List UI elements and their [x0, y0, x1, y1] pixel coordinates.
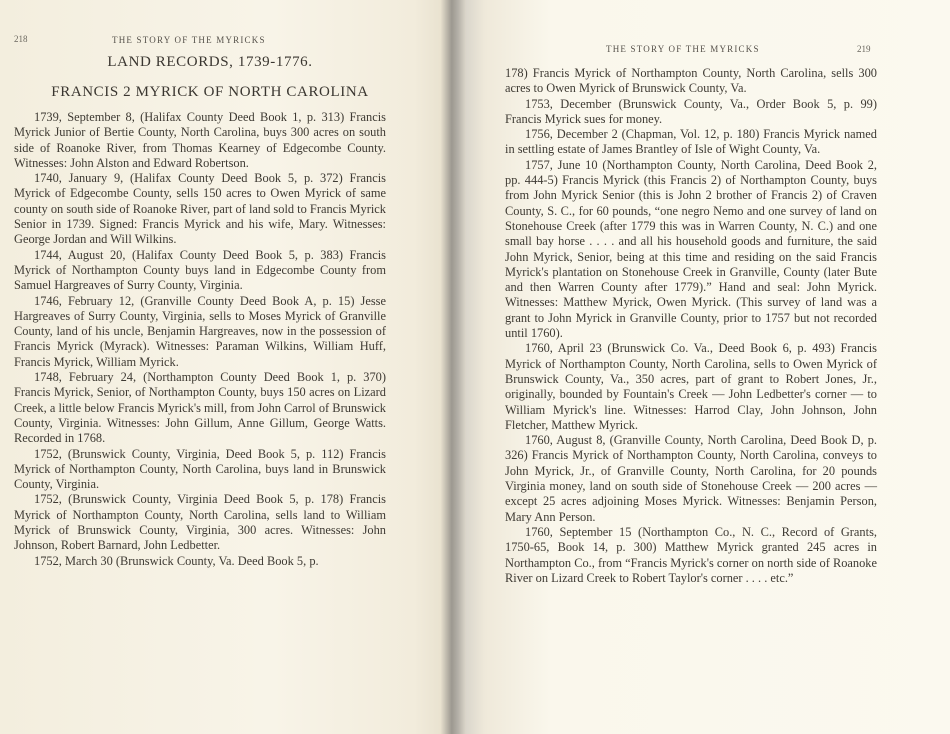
record-paragraph: 1753, December (Brunswick County, Va., O… — [505, 97, 877, 128]
section-title: LAND RECORDS, 1739-1776. — [0, 54, 420, 71]
record-paragraph: 1748, February 24, (Northampton County D… — [14, 370, 386, 446]
continued-paragraph: 178) Francis Myrick of Northampton Count… — [505, 66, 877, 97]
left-running-head: THE STORY OF THE MYRICKS — [112, 35, 266, 45]
record-paragraph: 1752, (Brunswick County, Virginia Deed B… — [14, 492, 386, 553]
record-paragraph: 1746, February 12, (Granville County Dee… — [14, 294, 386, 370]
right-page-number: 219 — [857, 44, 871, 54]
right-running-head: THE STORY OF THE MYRICKS — [606, 44, 760, 54]
record-paragraph: 1760, September 15 (Northampton Co., N. … — [505, 525, 877, 586]
record-paragraph: 1760, August 8, (Granville County, North… — [505, 433, 877, 525]
record-paragraph: 1760, April 23 (Brunswick Co. Va., Deed … — [505, 341, 877, 433]
record-paragraph: 1756, December 2 (Chapman, Vol. 12, p. 1… — [505, 127, 877, 158]
book-gutter — [440, 0, 466, 734]
left-page: 218 THE STORY OF THE MYRICKS LAND RECORD… — [0, 0, 450, 734]
left-page-number: 218 — [14, 34, 28, 44]
record-paragraph: 1740, January 9, (Halifax County Deed Bo… — [14, 171, 386, 247]
left-text-column: 1739, September 8, (Halifax County Deed … — [14, 110, 386, 569]
record-paragraph: 1744, August 20, (Halifax County Deed Bo… — [14, 248, 386, 294]
record-paragraph: 1739, September 8, (Halifax County Deed … — [14, 110, 386, 171]
section-subtitle: FRANCIS 2 MYRICK OF NORTH CAROLINA — [0, 84, 420, 101]
record-paragraph: 1752, March 30 (Brunswick County, Va. De… — [14, 554, 386, 569]
right-text-column: 178) Francis Myrick of Northampton Count… — [505, 66, 877, 586]
record-paragraph: 1757, June 10 (Northampton County, North… — [505, 158, 877, 342]
record-paragraph: 1752, (Brunswick County, Virginia, Deed … — [14, 447, 386, 493]
